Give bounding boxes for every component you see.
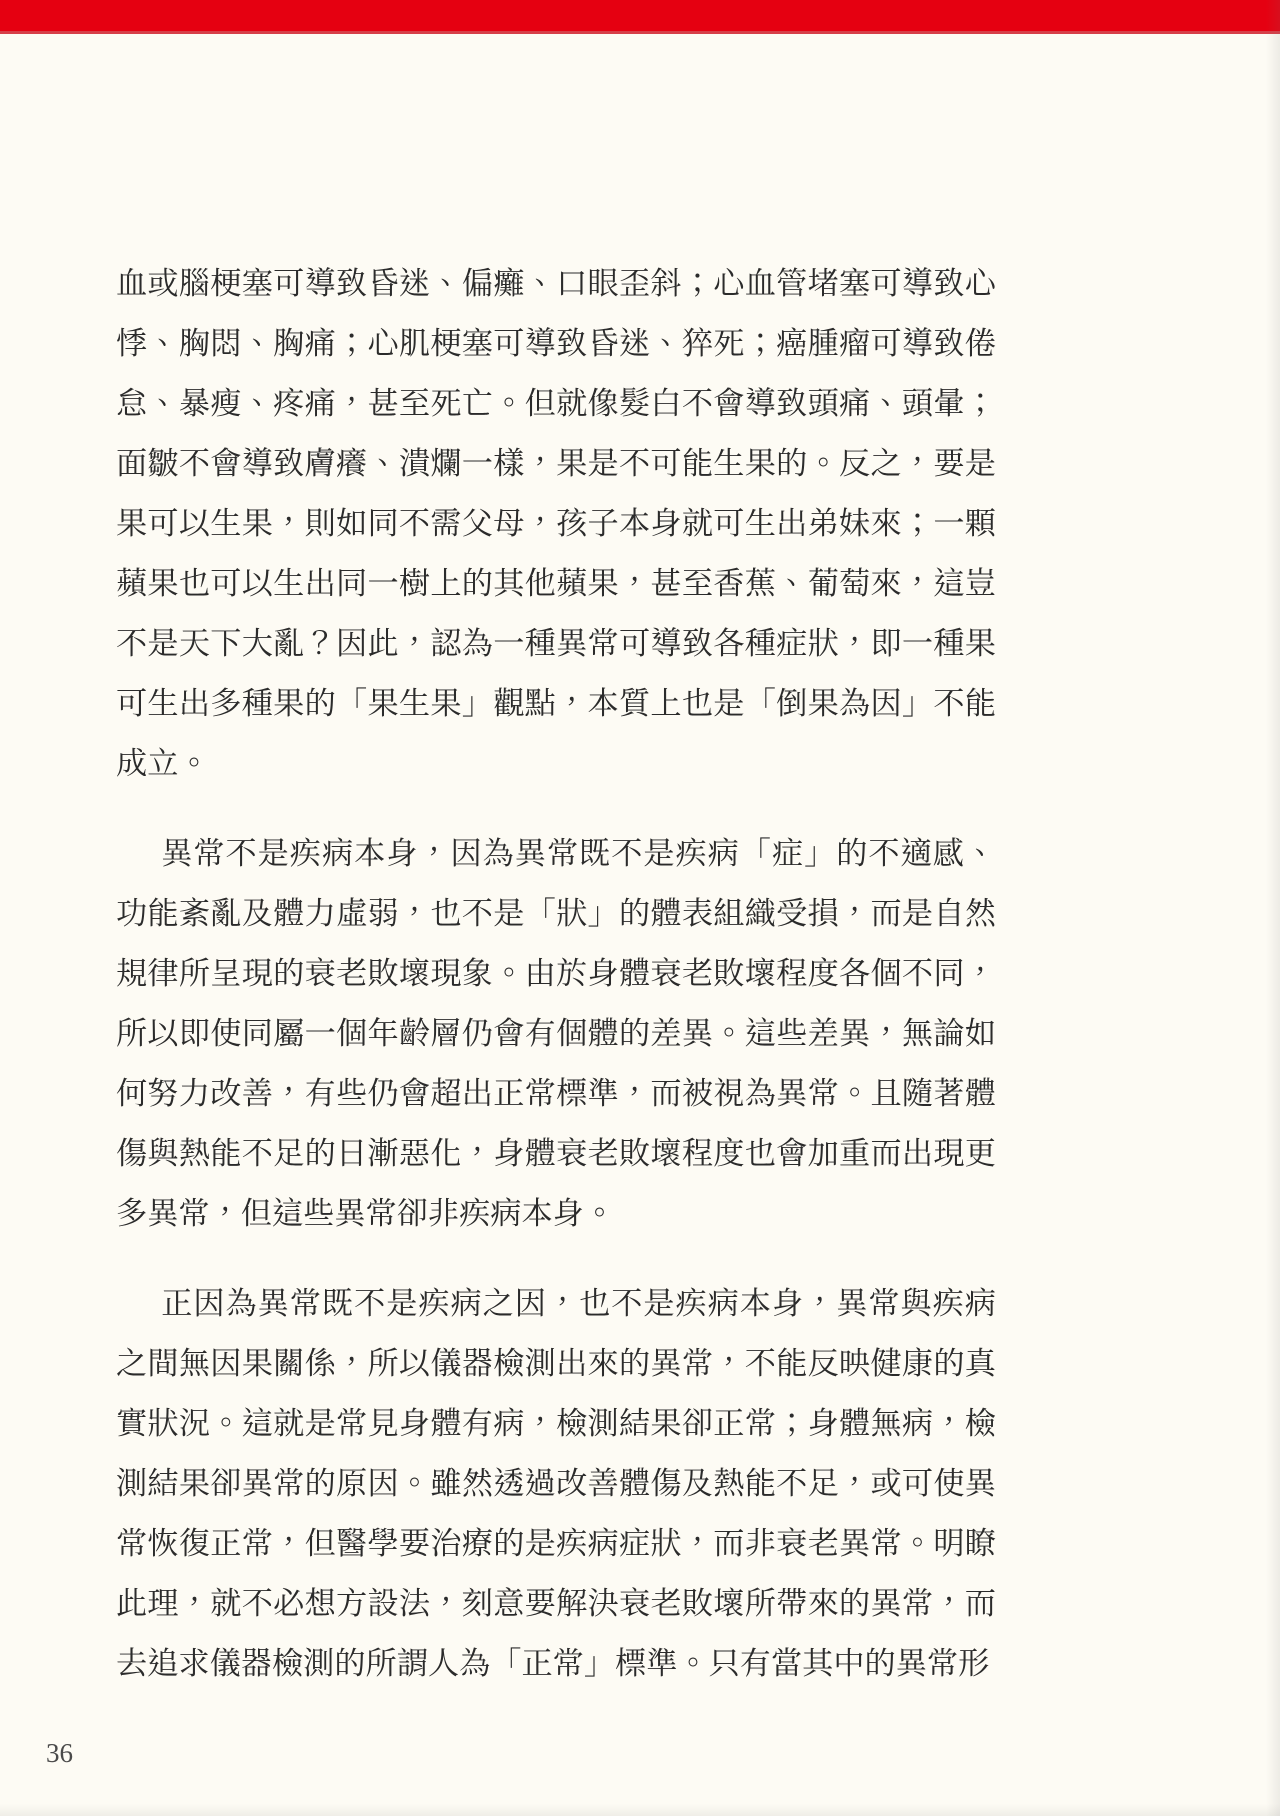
top-red-band-edge bbox=[0, 31, 1280, 34]
top-red-band bbox=[0, 0, 1280, 31]
scan-edge-bottom bbox=[0, 1804, 1280, 1816]
scan-edge-right bbox=[1266, 0, 1280, 1816]
page-number: 36 bbox=[46, 1738, 73, 1769]
paragraph-2: 異常不是疾病本身，因為異常既不是疾病「症」的不適感、功能紊亂及體力虛弱，也不是「… bbox=[116, 824, 996, 1244]
body-text: 血或腦梗塞可導致昏迷、偏癱、口眼歪斜；心血管堵塞可導致心悸、胸悶、胸痛；心肌梗塞… bbox=[116, 254, 996, 1694]
book-page: { "page": { "background": "#fdfbf4", "ac… bbox=[0, 0, 1280, 1816]
paragraph-1: 血或腦梗塞可導致昏迷、偏癱、口眼歪斜；心血管堵塞可導致心悸、胸悶、胸痛；心肌梗塞… bbox=[116, 254, 996, 794]
paragraph-3: 正因為異常既不是疾病之因，也不是疾病本身，異常與疾病之間無因果關係，所以儀器檢測… bbox=[116, 1274, 996, 1694]
